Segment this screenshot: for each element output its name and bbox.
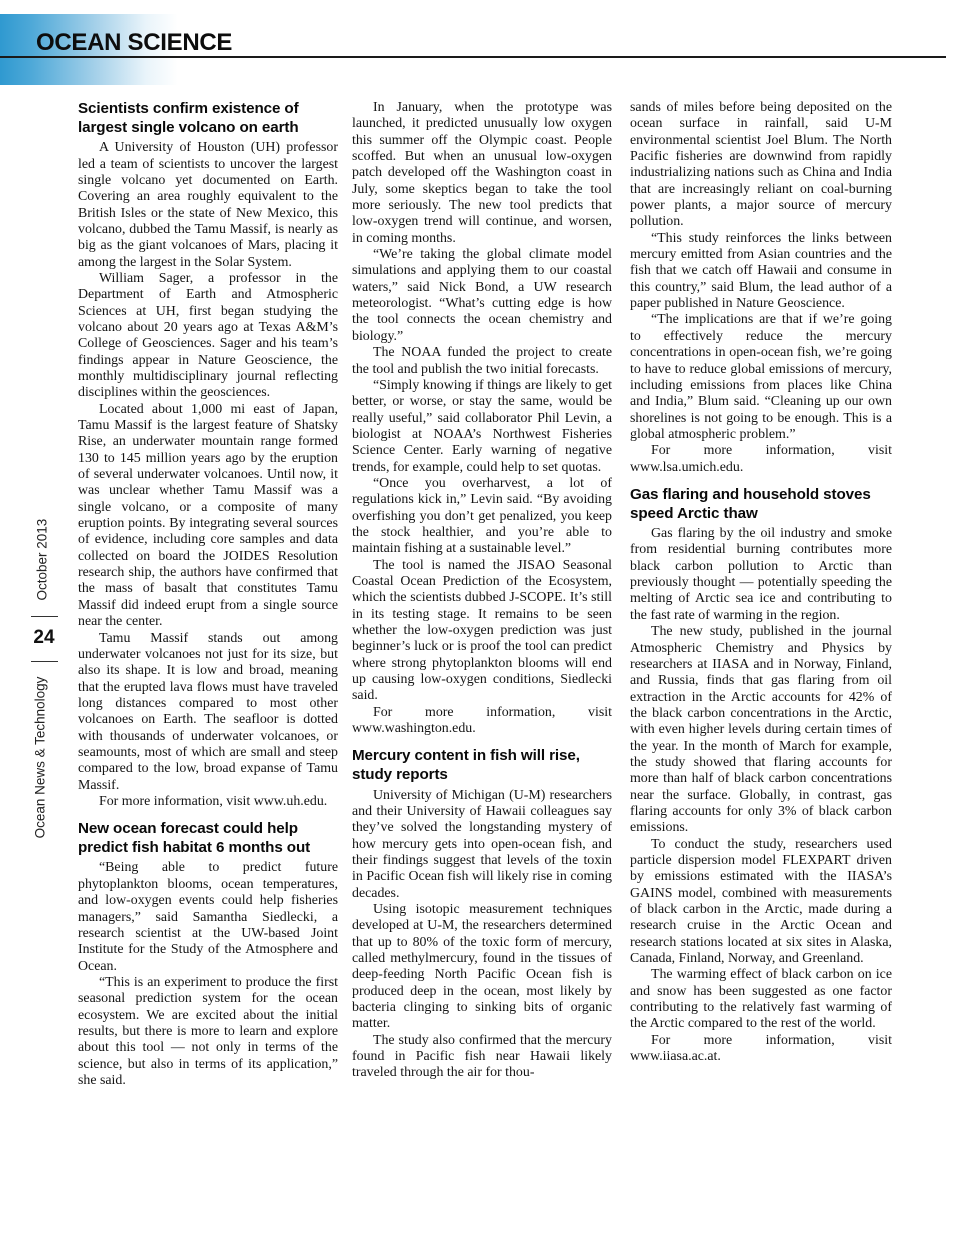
article-paragraph: Using isotopic measurement techniques de… bbox=[352, 902, 612, 1033]
article-paragraph: The NOAA funded the project to create th… bbox=[352, 345, 612, 378]
article-paragraph: sands of miles before being deposited on… bbox=[630, 100, 892, 231]
article-paragraph: “Being able to predict future phytoplank… bbox=[78, 860, 338, 974]
magazine-page: OCEAN SCIENCE October 2013 24 Ocean News… bbox=[0, 0, 960, 1245]
article-heading-mercury: Mercury content in fish will rise, study… bbox=[352, 747, 612, 784]
article-heading-volcano: Scientists confirm existence of largest … bbox=[78, 100, 338, 137]
article-paragraph: A University of Houston (UH) professor l… bbox=[78, 140, 338, 271]
article-heading-forecast: New ocean forecast could help predict fi… bbox=[78, 820, 338, 857]
article-paragraph: Located about 1,000 mi east of Japan, Ta… bbox=[78, 402, 338, 631]
article-more-info: For more information, visit www.iiasa.ac… bbox=[630, 1033, 892, 1066]
article-paragraph: “Simply knowing if things are likely to … bbox=[352, 378, 612, 476]
article-paragraph: “The implications are that if we’re goin… bbox=[630, 312, 892, 443]
text-column-2: In January, when the prototype was launc… bbox=[352, 100, 612, 1082]
section-title: OCEAN SCIENCE bbox=[36, 30, 232, 55]
article-paragraph: Gas flaring by the oil industry and smok… bbox=[630, 526, 892, 624]
sidebar-publication-name: Ocean News & Technology bbox=[33, 673, 48, 843]
article-paragraph: “This study reinforces the links between… bbox=[630, 231, 892, 313]
article-more-info: For more information, visit www.uh.edu. bbox=[78, 794, 338, 810]
article-paragraph: William Sager, a professor in the Depart… bbox=[78, 271, 338, 402]
article-paragraph: University of Michigan (U-M) researchers… bbox=[352, 788, 612, 902]
article-paragraph: “Once you overharvest, a lot of regulati… bbox=[352, 476, 612, 558]
article-paragraph: The study also confirmed that the mercur… bbox=[352, 1033, 612, 1082]
article-heading-gas-flaring: Gas flaring and household stoves speed A… bbox=[630, 486, 892, 523]
text-column-3: sands of miles before being deposited on… bbox=[630, 100, 892, 1065]
article-paragraph: The warming effect of black carbon on ic… bbox=[630, 967, 892, 1032]
article-paragraph: In January, when the prototype was launc… bbox=[352, 100, 612, 247]
article-paragraph: The new study, published in the journal … bbox=[630, 624, 892, 836]
section-header-rule bbox=[0, 56, 946, 58]
article-more-info: For more information, visit www.washingt… bbox=[352, 705, 612, 738]
article-paragraph: “This is an experiment to produce the fi… bbox=[78, 975, 338, 1089]
article-paragraph: Tamu Massif stands out among underwater … bbox=[78, 631, 338, 794]
article-paragraph: “We’re taking the global climate model s… bbox=[352, 247, 612, 345]
text-column-1: Scientists confirm existence of largest … bbox=[78, 100, 338, 1089]
article-paragraph: To conduct the study, researchers used p… bbox=[630, 837, 892, 968]
sidebar-issue-date: October 2013 bbox=[35, 521, 50, 601]
article-paragraph: The tool is named the JISAO Seasonal Coa… bbox=[352, 558, 612, 705]
article-more-info: For more information, visit www.lsa.umic… bbox=[630, 443, 892, 476]
page-number: 24 bbox=[29, 627, 59, 649]
sidebar-divider-bottom bbox=[31, 661, 58, 662]
sidebar-divider-top bbox=[31, 616, 58, 617]
